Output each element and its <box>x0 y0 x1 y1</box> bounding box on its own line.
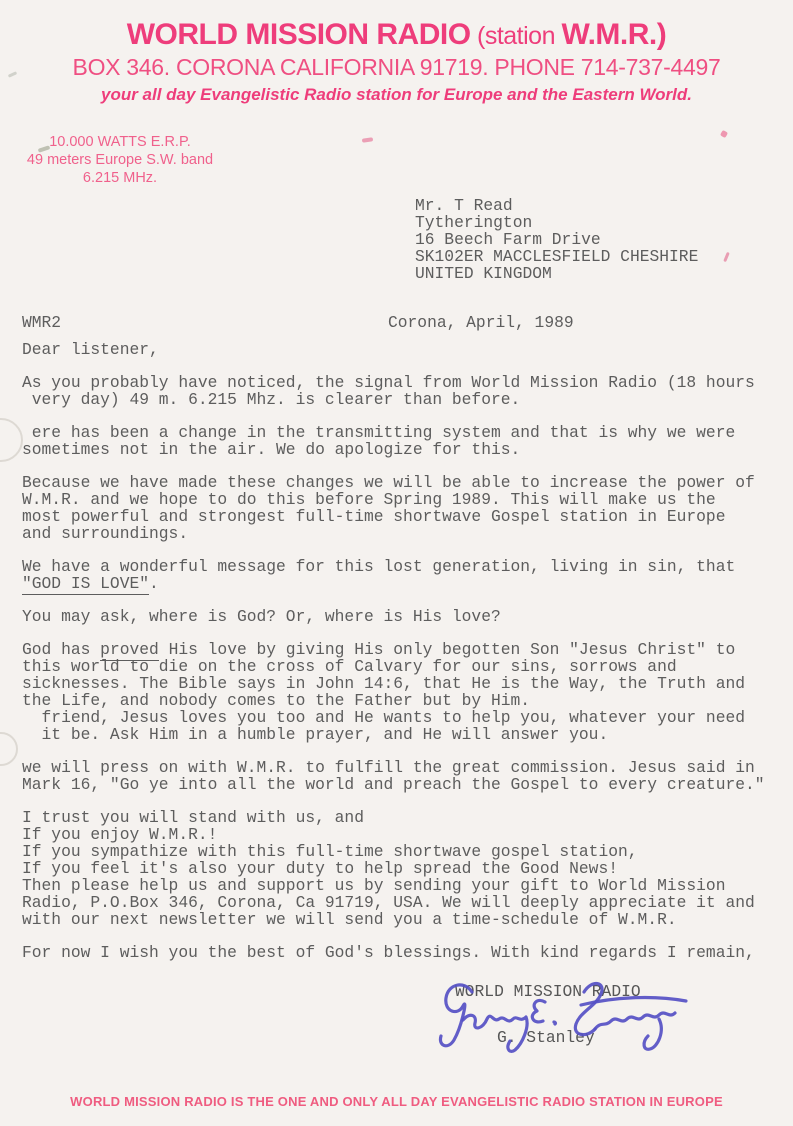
letterhead-title-abbr: W.M.R.) <box>561 18 666 51</box>
list-line: Tytherington <box>415 214 698 231</box>
body-line: You may ask, where is God? Or, where is … <box>22 608 784 625</box>
body-line: friend, Jesus loves you too and He wants… <box>22 709 784 726</box>
body-line: W.M.R. and we hope to do this before Spr… <box>22 491 784 508</box>
body-line: this world to die on the cross of Calvar… <box>22 658 784 675</box>
letterhead-contact-line: BOX 346. CORONA CALIFORNIA 91719. PHONE … <box>0 54 793 80</box>
letterhead-tagline: your all day Evangelistic Radio station … <box>0 84 793 105</box>
paragraph: we will press on with W.M.R. to fulfill … <box>22 759 784 793</box>
scanned-letter-page: WORLD MISSION RADIO (station W.M.R.) BOX… <box>0 0 793 1126</box>
paragraph: God has proved His love by giving His on… <box>22 641 784 743</box>
body-line: with our next newsletter we will send yo… <box>22 911 784 928</box>
paragraph: We have a wonderful message for this los… <box>22 558 784 592</box>
body-line: If you feel it's also your duty to help … <box>22 860 784 877</box>
body-line: very day) 49 m. 6.215 Mhz. is clearer th… <box>22 391 784 408</box>
hole-punch-artifact-top <box>0 418 23 462</box>
letterhead: WORLD MISSION RADIO (station W.M.R.) BOX… <box>0 18 793 105</box>
body-line: For now I wish you the best of God's ble… <box>22 944 784 961</box>
body-line: Because we have made these changes we wi… <box>22 474 784 491</box>
body-line: Then please help us and support us by se… <box>22 877 784 894</box>
paragraph: Dear listener, <box>22 341 784 358</box>
dateline: Corona, April, 1989 <box>388 314 574 331</box>
body-line: it be. Ask Him in a humble prayer, and H… <box>22 726 784 743</box>
list-line: Mr. T Read <box>415 197 698 214</box>
footer-slogan: WORLD MISSION RADIO IS THE ONE AND ONLY … <box>0 1094 793 1109</box>
scan-smudge-pink-left <box>362 137 373 142</box>
paragraph: Because we have made these changes we wi… <box>22 474 784 542</box>
list-line: UNITED KINGDOM <box>415 265 698 282</box>
letterhead-title-paren: (station <box>471 22 562 50</box>
list-line: 49 meters Europe S.W. band <box>10 151 230 169</box>
body-line: sicknesses. The Bible says in John 14:6,… <box>22 675 784 692</box>
scan-smudge-pink-right <box>720 130 728 138</box>
letter-body: Dear listener,As you probably have notic… <box>22 341 784 977</box>
body-line: Dear listener, <box>22 341 784 358</box>
paragraph: As you probably have noticed, the signal… <box>22 374 784 408</box>
letterhead-title-main: WORLD MISSION RADIO <box>127 18 471 51</box>
letterhead-title: WORLD MISSION RADIO (station W.M.R.) <box>0 18 793 53</box>
paragraph: For now I wish you the best of God's ble… <box>22 944 784 961</box>
body-line: most powerful and strongest full-time sh… <box>22 508 784 525</box>
body-line: we will press on with W.M.R. to fulfill … <box>22 759 784 776</box>
list-line: 16 Beech Farm Drive <box>415 231 698 248</box>
scan-smudge-pink-address <box>723 252 730 262</box>
station-info-block: 10.000 WATTS E.R.P.49 meters Europe S.W.… <box>10 133 230 187</box>
body-line: We have a wonderful message for this los… <box>22 558 784 575</box>
body-line: and surroundings. <box>22 525 784 542</box>
body-line: If you sympathize with this full-time sh… <box>22 843 784 860</box>
body-line: If you enjoy W.M.R.! <box>22 826 784 843</box>
body-line: ere has been a change in the transmittin… <box>22 424 784 441</box>
recipient-address: Mr. T ReadTytherington16 Beech Farm Driv… <box>415 197 698 282</box>
paragraph: You may ask, where is God? Or, where is … <box>22 608 784 625</box>
list-line: SK102ER MACCLESFIELD CHESHIRE <box>415 248 698 265</box>
list-line: 6.215 MHz. <box>10 169 230 187</box>
reference-code: WMR2 <box>22 314 61 331</box>
body-line: God has proved His love by giving His on… <box>22 641 784 658</box>
body-line: As you probably have noticed, the signal… <box>22 374 784 391</box>
body-line: sometimes not in the air. We do apologiz… <box>22 441 784 458</box>
hole-punch-artifact-bottom <box>0 732 18 766</box>
paragraph: I trust you will stand with us, andIf yo… <box>22 809 784 928</box>
body-line: Radio, P.O.Box 346, Corona, Ca 91719, US… <box>22 894 784 911</box>
body-line: Mark 16, "Go ye into all the world and p… <box>22 776 784 793</box>
body-line: "GOD IS LOVE". <box>22 575 784 592</box>
body-line: the Life, and nobody comes to the Father… <box>22 692 784 709</box>
paragraph: ere has been a change in the transmittin… <box>22 424 784 458</box>
body-line: I trust you will stand with us, and <box>22 809 784 826</box>
handwritten-signature-ink <box>432 970 702 1070</box>
